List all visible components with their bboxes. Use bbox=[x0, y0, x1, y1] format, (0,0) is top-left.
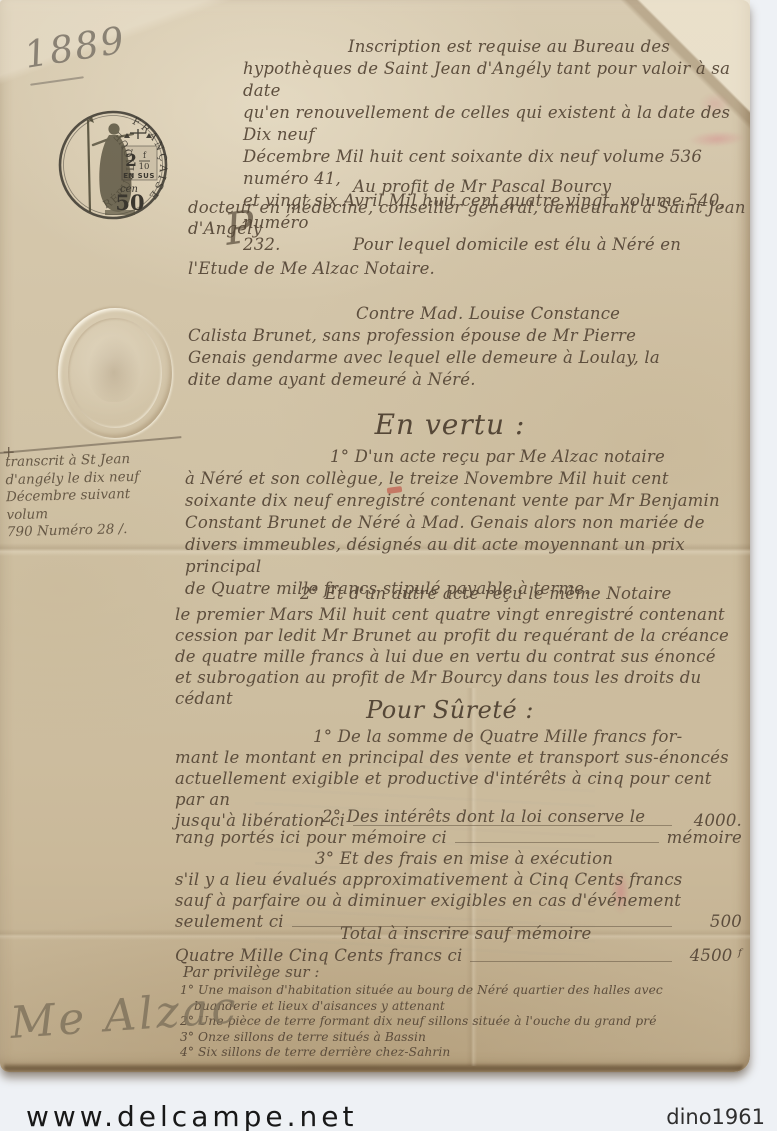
privilege-item: 4° Six sillons de terre derrière chez-Sa… bbox=[180, 1045, 752, 1061]
privilege-item: 3° Onze sillons de terre situés à Bassin bbox=[180, 1030, 752, 1046]
manuscript-line: Constant Brunet de Néré à Mad. Genais al… bbox=[185, 512, 748, 534]
stamp-value: 50 bbox=[115, 190, 144, 215]
manuscript-line: divers immeubles, désignés au dit acte m… bbox=[185, 534, 748, 578]
paragraph-interets: 2° Des intérêts dont la loi conserve le … bbox=[175, 806, 742, 848]
manuscript-line: Total à inscrire sauf mémoire bbox=[175, 923, 742, 945]
amount-value: 4500 ᶠ bbox=[680, 945, 742, 967]
paragraph-domicile: Pour lequel domicile est élu à Néré en l… bbox=[188, 233, 750, 281]
manuscript-line: Contre Mad. Louise Constance bbox=[188, 303, 750, 325]
margin-note-line: 790 Numéro 28 /. bbox=[7, 520, 177, 542]
margin-note: transcrit à St Jean d'angély le dix neuf… bbox=[5, 450, 177, 542]
manuscript-line: qu'en renouvellement de celles qui exist… bbox=[243, 102, 750, 146]
manuscript-line: hypothèques de Saint Jean d'Angély tant … bbox=[243, 58, 750, 102]
paper-bottom-edge-shadow bbox=[4, 1063, 744, 1072]
manuscript-line: de quatre mille francs à lui due en vert… bbox=[175, 646, 748, 667]
watermark-delcampe: www.delcampe.net bbox=[26, 1100, 358, 1131]
stamp-surtax-denominator: 10 bbox=[139, 162, 150, 172]
manuscript-line: 1° De la somme de Quatre Mille francs fo… bbox=[175, 726, 742, 747]
manuscript-line: mant le montant en principal des vente e… bbox=[175, 747, 742, 768]
revenue-stamp-50c-icon: RÉPUBLIQUE FRANÇAISE bbox=[50, 100, 176, 230]
scanned-document: 1889 RÉPUBLIQUE FRANÇAISE bbox=[0, 0, 777, 1131]
manuscript-line: Inscription est requise au Bureau des bbox=[243, 36, 750, 58]
list-privilege-items: 1° Une maison d'habitation située au bou… bbox=[180, 983, 752, 1061]
margin-note-line: Décembre suivant volum bbox=[6, 485, 177, 524]
document-paper: 1889 RÉPUBLIQUE FRANÇAISE bbox=[0, 0, 750, 1072]
amount-label: rang portés ici pour mémoire ci bbox=[175, 827, 447, 848]
section-heading-en-vertu: En vertu : bbox=[295, 408, 605, 441]
manuscript-line: Au profit de Mr Pascal Bourcy bbox=[188, 176, 750, 197]
manuscript-line: sauf à parfaire ou à diminuer exigibles … bbox=[175, 890, 742, 911]
manuscript-line: actuellement exigible et productive d'in… bbox=[175, 768, 742, 810]
embossed-seal-figure bbox=[88, 336, 140, 402]
manuscript-line: 2° Des intérêts dont la loi conserve le bbox=[175, 806, 742, 827]
privilege-item: 2° Une pièce de terre formant dix neuf s… bbox=[180, 1014, 752, 1030]
section-heading-pour-surete: Pour Sûreté : bbox=[300, 696, 600, 724]
manuscript-line: Pour lequel domicile est élu à Néré en bbox=[188, 233, 750, 257]
manuscript-line: docteur en médecine, conseiller général,… bbox=[188, 197, 750, 218]
privilege-item: 1° Une maison d'habitation située au bou… bbox=[180, 983, 752, 999]
manuscript-line: s'il y a lieu évalués approximativement … bbox=[175, 869, 742, 890]
amount-value: mémoire bbox=[667, 827, 742, 848]
manuscript-line: 1° D'un acte reçu par Me Alzac notaire bbox=[185, 446, 748, 468]
leader-line bbox=[455, 841, 659, 843]
stamp-surtax-label: EN SUS bbox=[123, 172, 155, 180]
paragraph-au-profit: Au profit de Mr Pascal Bourcy docteur en… bbox=[188, 176, 750, 239]
paragraph-acte-1: 1° D'un acte reçu par Me Alzac notaire à… bbox=[185, 446, 748, 600]
manuscript-line: Genais gendarme avec lequel elle demeure… bbox=[188, 347, 750, 369]
manuscript-line: cession par ledit Mr Brunet au profit du… bbox=[175, 625, 748, 646]
paragraph-acte-2: 2° Et d'un autre acte reçu le même Notai… bbox=[175, 583, 748, 709]
embossed-notary-seal-icon bbox=[58, 308, 172, 438]
manuscript-line: 3° Et des frais en mise à exécution bbox=[175, 848, 742, 869]
manuscript-line: 2° Et d'un autre acte reçu le même Notai… bbox=[175, 583, 748, 604]
stamp-surtax-numerator: 2 bbox=[125, 151, 137, 171]
stamp-value-tablet: 2 f 10 EN SUS bbox=[122, 146, 157, 180]
watermark-seller: dino1961 bbox=[666, 1105, 765, 1129]
paragraph-total: Total à inscrire sauf mémoire Quatre Mil… bbox=[175, 923, 742, 967]
manuscript-line: Calista Brunet, sans profession épouse d… bbox=[188, 325, 750, 347]
leader-line bbox=[470, 960, 672, 962]
amount-row: rang portés ici pour mémoire ci mémoire bbox=[175, 827, 742, 848]
privilege-item: buanderie et lieux d'aisances y attenant bbox=[180, 999, 752, 1015]
paragraph-frais: 3° Et des frais en mise à exécution s'il… bbox=[175, 848, 742, 932]
manuscript-line: soixante dix neuf enregistré contenant v… bbox=[185, 490, 748, 512]
manuscript-line: le premier Mars Mil huit cent quatre vin… bbox=[175, 604, 748, 625]
manuscript-line: l'Etude de Me Alzac Notaire. bbox=[188, 257, 750, 281]
manuscript-line: dite dame ayant demeuré à Néré. bbox=[188, 369, 750, 391]
paragraph-contre: Contre Mad. Louise Constance Calista Bru… bbox=[188, 303, 750, 391]
paragraph-privilege-title: Par privilège sur : bbox=[183, 963, 483, 982]
manuscript-line: à Néré et son collègue, le treize Novemb… bbox=[185, 468, 748, 490]
